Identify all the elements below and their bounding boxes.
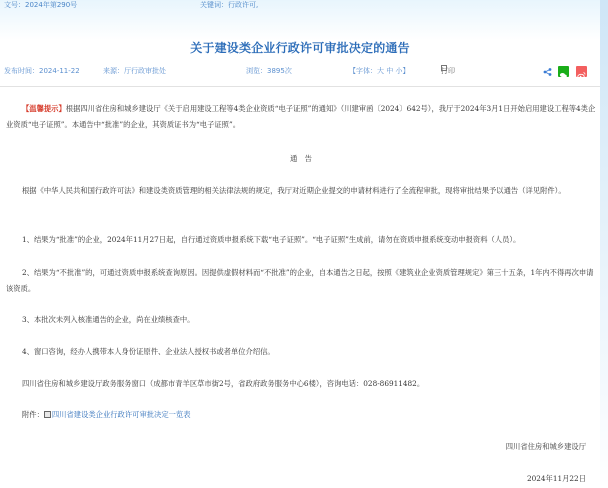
print-icon (441, 65, 447, 71)
print-button[interactable]: 打印 (441, 65, 455, 77)
share-icon[interactable] (543, 68, 552, 76)
wechat-share-icon[interactable] (558, 66, 569, 77)
item-3: 3、本批次未列入核准通告的企业，尚在业绩核查中。 (6, 312, 596, 328)
item-4: 4、窗口咨询，经办人携带本人身份证原件、企业法人授权书或者单位介绍信。 (6, 344, 596, 360)
publish-time: 发布时间：2024-11-22 (4, 65, 80, 77)
source: 来源：厅行政审批处 (103, 65, 166, 77)
doc-number: 文号：2024年第290号 (4, 0, 77, 10)
attachment-label: 附件： (22, 410, 44, 419)
header-band (0, 0, 600, 40)
font-size-selector[interactable]: 【字体：大 中 小】 (349, 65, 409, 77)
hint-text: 根据四川省住房和城乡建设厅《关于启用建设工程等4类企业资质“电子证照”的通知》（… (6, 104, 595, 129)
article-page: 文号：2024年第290号 关键词：行政许可, 关于建设类企业行政许可审批决定的… (0, 0, 608, 488)
info-bar: 发布时间：2024-11-22 来源：厅行政审批处 浏览：3895次 【字体：大… (0, 65, 600, 77)
hint-label: 【温馨提示】 (22, 104, 66, 113)
hint-paragraph: 【温馨提示】根据四川省住房和城乡建设厅《关于启用建设工程等4类企业资质“电子证照… (6, 101, 596, 133)
view-count: 浏览：3895次 (246, 65, 292, 77)
attachment-link[interactable]: 四川省建设类企业行政许可审批决定一览表 (52, 410, 191, 419)
notice-heading: 通 告 (6, 151, 596, 167)
signature: 四川省住房和城乡建设厅 (6, 439, 586, 455)
page-title: 关于建设类企业行政许可审批决定的通告 (0, 39, 600, 56)
keywords: 关键词：行政许可, (200, 0, 258, 10)
document-icon (44, 411, 51, 418)
attachment-row: 附件：四川省建设类企业行政许可审批决定一览表 (6, 407, 596, 423)
header-divider (0, 86, 600, 87)
item-2: 2、结果为“不批准”的，可通过资质申报系统查询原因。因提供虚假材料而“不批准”的… (6, 265, 596, 297)
intro-paragraph: 根据《中华人民共和国行政许可法》和建设类资质管理的相关法律法规的规定，我厅对近期… (6, 183, 596, 199)
contact-paragraph: 四川省住房和城乡建设厅政务服务窗口（成都市青羊区草市街2号，省政府政务服务中心6… (6, 376, 596, 392)
right-sidebar-strip (600, 0, 608, 488)
weibo-share-icon[interactable] (576, 66, 587, 77)
item-1: 1、结果为“批准”的企业，2024年11月27日起，自行通过资质申报系统下载“电… (6, 232, 596, 248)
issue-date: 2024年11月22日 (6, 471, 586, 487)
font-size-label[interactable]: 【字体：大 中 小】 (349, 67, 409, 75)
